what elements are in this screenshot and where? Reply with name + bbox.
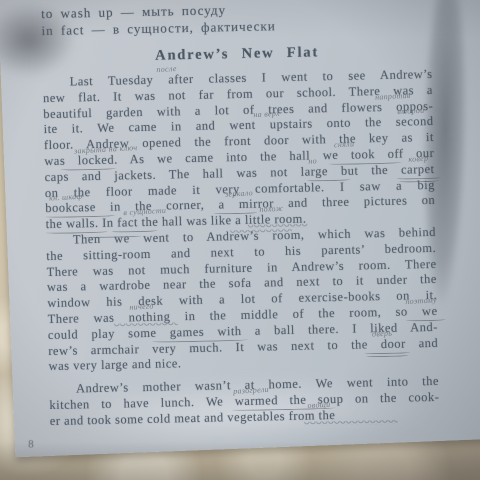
- story-title: Andrew’s New Flat: [42, 42, 432, 67]
- text-body: Last Tuesday after classes I went to see…: [43, 67, 440, 430]
- page-number: 8: [28, 438, 34, 450]
- photo-background: to wash up — мыть посуду in fact — в сущ…: [0, 0, 480, 480]
- vocabulary-block: to wash up — мыть посуду in fact — в сущ…: [41, 1, 276, 39]
- paragraph: Then we went to Andrew’s room, which was…: [46, 225, 439, 375]
- page-text-layer: to wash up — мыть посуду in fact — в сущ…: [0, 0, 480, 480]
- paragraph: Andrew’s mother wasn’t at home. We went …: [49, 374, 440, 430]
- paragraph: Last Tuesday after classes I went to see…: [43, 67, 436, 233]
